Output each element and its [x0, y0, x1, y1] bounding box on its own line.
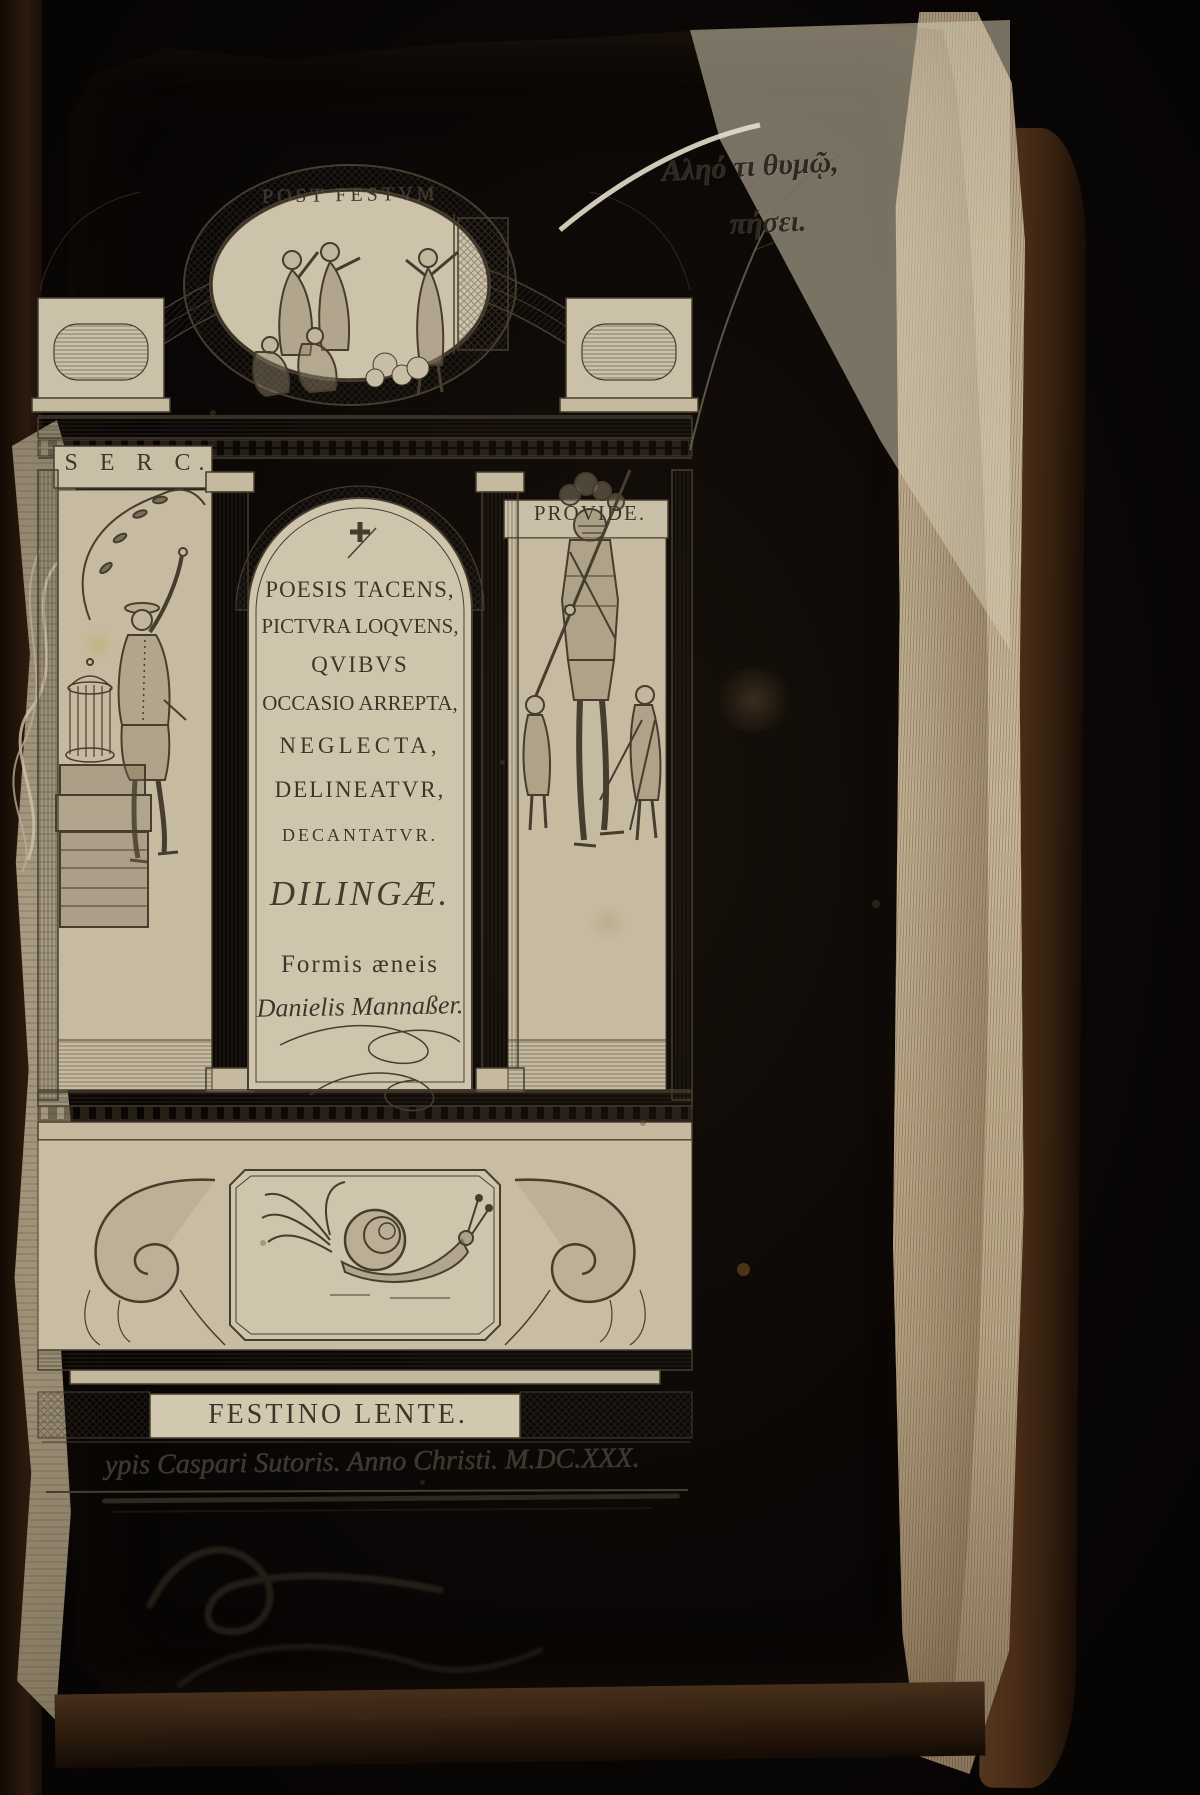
tablet-line-4: OCCASIO ARREPTA,: [248, 691, 472, 716]
tablet-line-2: PICTVRA LOQVENS,: [250, 614, 470, 639]
faded-handwriting: [110, 1515, 630, 1715]
tablet-line-3: QVIBVS: [252, 652, 468, 678]
imprint-formis: Formis æneis: [252, 951, 468, 979]
right-entablature-label: PROVIDE.: [506, 501, 674, 526]
digitized-book-photo: POST FESTVM Αληό τι θυμῷ, πήσει. S E R C…: [0, 0, 1200, 1795]
tablet-line-5: NEGLECTA,: [252, 733, 468, 759]
engraved-title-border: [30, 140, 700, 1500]
top-motto: POST FESTVM: [225, 182, 475, 209]
imprint-place: DILINGÆ.: [252, 874, 468, 914]
left-entablature-label: S E R C.: [56, 450, 221, 477]
tablet-line-1: POESIS TACENS,: [252, 577, 468, 603]
tablet-line-6: DELINEATVR,: [252, 777, 468, 803]
tablet-line-7: DECANTATVR.: [252, 825, 468, 846]
imprint-artist: Danielis Mannaßer.: [244, 990, 476, 1024]
base-motto: FESTINO LENTE.: [150, 1399, 526, 1431]
